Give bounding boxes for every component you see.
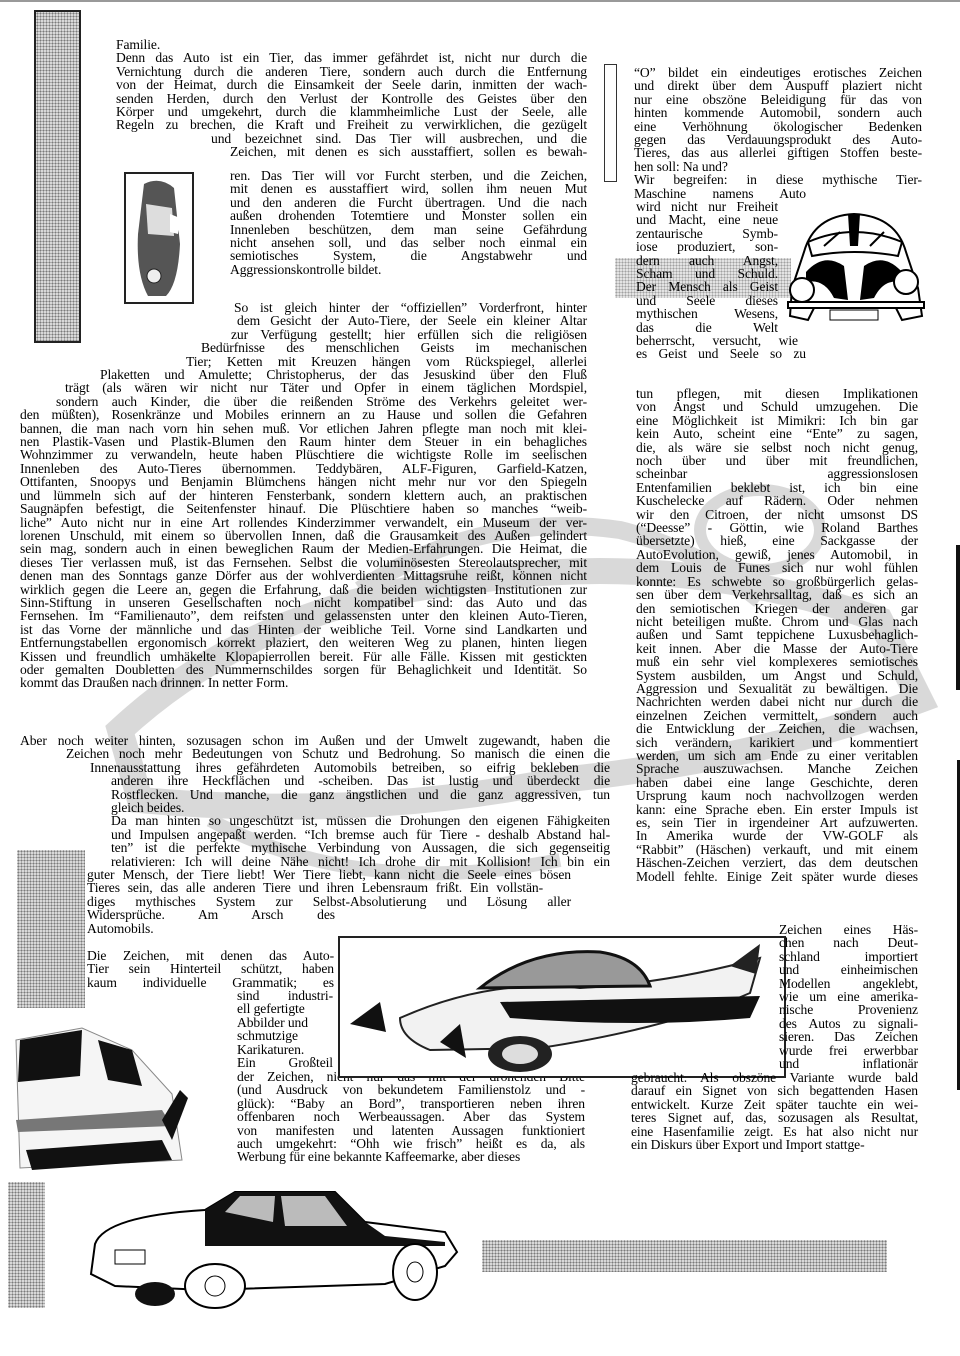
text-line: Nachrichten werden dabei nicht nur durch…	[636, 695, 918, 708]
text-line: scheinbar aggressionslosen	[636, 467, 918, 480]
car-photo-icon	[126, 174, 192, 302]
text-line: keit innen. Aber die Masse der Auto-Tier…	[636, 642, 918, 655]
text-line: ten” ist die perfekte mythische Verbindu…	[111, 841, 610, 854]
text-line: werden, um sich am Ende zu einer veritab…	[636, 749, 918, 762]
text-line: tun pflegen, mit diesen Implikationen	[636, 387, 918, 400]
halftone-bar-top-left	[34, 10, 81, 343]
text-line: nen Plastik-Vasen und Plastik-Blumen den…	[20, 435, 587, 448]
text-line: ell gefertigte	[237, 1002, 333, 1015]
text-line: Zeichen, mit denen es sich ausstaffiert,…	[230, 145, 587, 158]
text-line: Plaketten und Amulette; Christopherus, d…	[100, 368, 587, 381]
text-line: Modellen angeklebt,	[779, 977, 918, 990]
text-line: gebraucht. Als obszöne Variante wurde ba…	[631, 1071, 918, 1084]
text-line: anderen ihre Heckflächen und -scheiben. …	[111, 774, 610, 787]
text-line: semiotisches System, die Angstabwehr und	[230, 249, 587, 262]
text-line: kann: eine Sprache eben. Ein erster Impu…	[636, 803, 918, 816]
text-line: bannen, die man nach vorn hin sehen muß.…	[20, 422, 587, 435]
text-line: teres Signet auf, das, sozusagen als Res…	[631, 1111, 918, 1124]
text-line: von Angst und Schuld umzugehen. Die	[636, 400, 918, 413]
text-line: kommt das Draußen nach drinnen. In nette…	[20, 676, 587, 689]
text-line: dem Louis de Funes sich nur wohl fühlen	[636, 561, 918, 574]
text-line: Kuschelecke auf Rädern. Oder nehmen	[636, 494, 918, 507]
text-line: oder gemalten Doubletten des Nummernschi…	[20, 663, 587, 676]
scan-edge-mark	[956, 545, 960, 690]
text-line: noch über und über mit freundlichen,	[636, 454, 918, 467]
text-line: Karikaturen.	[237, 1043, 333, 1056]
text-line: Regeln zu brechen, die Kraft und Freihei…	[116, 118, 587, 131]
text-line: senden Herden, durch den Verlust der Kon…	[116, 92, 587, 105]
concept-car-icon	[340, 938, 784, 1076]
article-body-right-2: wird nicht nur Freiheit und Macht, eine …	[636, 200, 778, 361]
text-line: gegen das Verdauungsprodukt des Auto-	[634, 133, 922, 146]
text-line: wirklich gegen die Leere an, gegen die E…	[20, 583, 587, 596]
text-line: (und Ausdruck von bekundetem Familiensto…	[237, 1083, 585, 1096]
text-line: trägt (als wären wir nicht nur Täter und…	[65, 381, 587, 394]
article-body-right-3: tun pflegen, mit diesen Implikationen vo…	[636, 387, 918, 883]
text-line: eine Hasenfamilie zeigt. Es hat also nic…	[631, 1125, 918, 1138]
text-line: Wir begreifen: in diese mythische Tier-	[634, 173, 922, 186]
text-line: und direkt über dem Auspuff plaziert nic…	[634, 79, 922, 92]
text-line: denen man des Sonntags ganze Dörfer aus …	[20, 569, 587, 582]
scan-top-edge	[0, 0, 960, 2]
text-line: Häschen-Zeichen verziert, das dem deutsc…	[636, 856, 918, 869]
text-line: Tieres, das aus allerlei giftigen Stoffe…	[634, 146, 922, 159]
text-line: darauf ein Signet von sich begattenden H…	[631, 1084, 918, 1097]
vw-beetle-front-drawing	[784, 212, 932, 330]
text-line: offenbaren noch Werbeaussagen. Aber das …	[237, 1110, 585, 1123]
text-line: und inflationär	[779, 1057, 918, 1070]
text-line: Tier sein Hinterteil schützt, haben	[87, 962, 334, 975]
text-line: Familie.	[116, 38, 587, 51]
sedan-drawing	[85, 1186, 485, 1311]
text-line: System ausbilden, um Angst und Schuld,	[636, 669, 918, 682]
text-line: sein mag, sondern auch in einen beweglic…	[20, 542, 587, 555]
text-line: die, als wäre sie selbst noch nicht genu…	[636, 441, 918, 454]
text-line: Innenleben des Auto-Tieres übernommen. T…	[20, 462, 587, 475]
text-line: Entenfamilien beklebt ist, ich bin eine	[636, 481, 918, 494]
text-line: außen drohenden Totemtiere und Monster s…	[230, 209, 587, 222]
text-line: sich verändern, karikiert und kommentier…	[636, 736, 918, 749]
text-line: liche” Auto nicht nur in eine Art rollen…	[20, 516, 587, 529]
text-line: eine Verhöhnung ökologischer Bedenken	[634, 120, 922, 133]
text-line: muß ein sehr viel komplexeres semiotisch…	[636, 655, 918, 668]
text-line: Innenausstattung ihres gefährdeten Autom…	[90, 761, 610, 774]
text-line: sondern auch Kinder, die über die reißen…	[56, 395, 587, 408]
article-body-right-5: gebraucht. Als obszöne Variante wurde ba…	[631, 1071, 918, 1151]
article-body-left-7: sind industri- ell gefertigte Abbilder u…	[237, 989, 333, 1069]
text-line: gleich beides.	[111, 801, 610, 814]
text-line: nicht beteiligen mußte. Chrom und Glas n…	[636, 615, 918, 628]
article-body-left-4: Aber noch weiter hinten, sozusagen schon…	[20, 734, 610, 868]
text-line: wurde frei erwerbbar	[779, 1044, 918, 1057]
text-line: Die Zeichen, mit denen das Auto-	[87, 949, 334, 962]
text-line: In Amerika wurde der VW-GOLF als	[636, 829, 918, 842]
concept-car-photo	[338, 936, 786, 1078]
article-body-left-2: ren. Das Tier will vor Furcht sterben, u…	[230, 169, 587, 276]
text-line: zur Verfügung gestellt; hier erfüllen si…	[231, 328, 587, 341]
text-line: wird nicht nur Freiheit	[636, 200, 778, 213]
article-body-right-1: “O” bildet ein eindeutiges erotisches Ze…	[634, 66, 922, 200]
article-body-left-8: der Zeichen, nicht nur das mit der drohe…	[237, 1070, 585, 1164]
text-line: So ist gleich hinter der “offiziellen” V…	[234, 301, 587, 314]
text-line: wie um eine amerika-	[779, 990, 918, 1003]
text-line: schmutzige	[237, 1029, 333, 1042]
text-line: und bezeichnet sind. Das Tier will ausbr…	[211, 132, 587, 145]
text-line: des Autos zu signali-	[779, 1017, 918, 1030]
text-line: Der Mensch als Geist	[636, 280, 778, 293]
text-line: glück): “Baby an Bord”, transportieren n…	[237, 1097, 585, 1110]
column-rule-box	[604, 64, 617, 182]
text-line: und Impulsen angepaßt werden. “Ich brems…	[111, 828, 610, 841]
text-line: Saugnäpfen befestigt, die Seitenfenster …	[20, 502, 587, 515]
text-line: außen und Samt teppichene Luxusbehaglich…	[636, 628, 918, 641]
text-line: Innenleben beschützen, dem man seine Gef…	[230, 223, 587, 236]
article-body-left-1: Familie. Denn das Auto ist ein Tier, das…	[116, 38, 587, 159]
text-line: Modell fehlte. Einige Zeit später wurde …	[636, 870, 918, 883]
text-line: Automobils.	[87, 922, 591, 935]
text-line: mythischen Wesens,	[636, 307, 778, 320]
text-line: dern auch Angst,	[636, 254, 778, 267]
text-line: Tier; Ketten mit Kreuzen hängen vom Rück…	[186, 355, 587, 368]
text-line: haben dabei eine lange Geschichte, deren	[636, 776, 918, 789]
text-line: “Rabbit” (Häschen) verkauft, und mit ein…	[636, 843, 918, 856]
text-line: und Seele dieses	[636, 294, 778, 307]
text-line: nicht ansehen soll, und das selber noch …	[230, 236, 587, 249]
text-line: Scham und Schuld.	[636, 267, 778, 280]
text-line: Aggressionskontrolle bildet.	[230, 263, 587, 276]
text-line: und den anderen die Furcht übertragen. U…	[230, 196, 587, 209]
text-line: ren. Das Tier will vor Furcht sterben, u…	[230, 169, 587, 182]
text-line: das die Welt	[636, 321, 778, 334]
halftone-bar-bottom-left	[8, 1182, 45, 1308]
text-line: Ottifanten, Snoopys und Benjamin Blümche…	[20, 475, 587, 488]
text-line: konnte: Es schwebte so großbürgerlich ge…	[636, 575, 918, 588]
text-line: hinten kommende Automobil, sondern auch	[634, 106, 922, 119]
text-line: Rostflecken. Und manche, die ganz ängstl…	[111, 788, 610, 801]
text-line: Bedürfnisse des menschlichen Geists im m…	[201, 341, 587, 354]
text-line: es Geist und Seele so zu	[636, 347, 806, 360]
text-line: auch umgekehrt: “Ohh wie frisch” heißt e…	[237, 1137, 585, 1150]
text-line: und Macht, eine neue	[636, 213, 778, 226]
text-line: eine Möglichkeit ist Mimikri: Ich bin ga…	[636, 414, 918, 427]
text-line: Entfernungstabellen ergonomisch korrekt …	[20, 636, 587, 649]
text-line: diges mythisches System zur Selbst-Absol…	[87, 895, 571, 908]
text-line: iose produziert, son-	[636, 240, 778, 253]
text-line: Ein Großteil	[237, 1056, 333, 1069]
text-line: sind industri-	[237, 989, 333, 1002]
text-line: Sprache auszuwachsen. Manche Zeichen	[636, 762, 918, 775]
text-line: übersetzte) hieß, eine Sackgasse der	[636, 534, 918, 547]
text-line: nische Provenienz	[779, 1003, 918, 1016]
text-line: mit denen es ausstaffiert wird, sollen i…	[230, 182, 587, 195]
text-line: Kissen und freundlich umhäkelte Klopapie…	[20, 650, 587, 663]
text-line: kein Auto, scheint eine “Ente” zu sagen,	[636, 427, 918, 440]
text-line: ist das Vorne der männliche und das Hint…	[20, 623, 587, 636]
article-body-right-4: Zeichen eines Häs- chen nach Deut- schla…	[779, 923, 918, 1070]
text-line: guter Mensch, der Tiere liebt! Wer Tiere…	[87, 868, 571, 881]
text-line: Fernsehen. Im “Familienauto”, dem reifst…	[20, 609, 587, 622]
text-line: sen über dem Verkehrsalltag, daß es sich…	[636, 588, 918, 601]
text-line: hen soll: Na und?	[634, 160, 922, 173]
text-line: Abbilder und	[237, 1016, 333, 1029]
text-line: “O” bildet ein eindeutiges erotisches Ze…	[634, 66, 922, 79]
text-line: Aber noch weiter hinten, sozusagen schon…	[20, 734, 610, 747]
text-line: Zeichen noch mehr Bedeutungen von Schutz…	[66, 747, 610, 760]
text-line: Vernichtung durch die anderen Tiere, son…	[116, 65, 587, 78]
text-line: lorenen Unschuld, mit einem so übervolle…	[20, 529, 587, 542]
text-line: es, sein Tier in irgendeiner Art aufzuwe…	[636, 816, 918, 829]
text-line: schland importiert	[779, 950, 918, 963]
text-line: von manifesten und latenten Aussagen fun…	[237, 1124, 585, 1137]
text-line: Aggression und Sexualität zu bewältigen.…	[636, 682, 918, 695]
text-line: Werbung für eine bekannte Kaffeemarke, a…	[237, 1150, 585, 1163]
text-line: dem Gesicht der Auto-Tiere, der Seele ei…	[237, 314, 587, 327]
text-line: chen nach Deut-	[779, 936, 918, 949]
text-line: zentaurische Symb-	[636, 227, 778, 240]
text-line: (“Deesse” - Göttin, wie Roland Barthes	[636, 521, 918, 534]
text-line: Körper und umgekehrt, durch die klammhei…	[116, 105, 587, 118]
article-body-left-3: So ist gleich hinter der “offiziellen” V…	[20, 301, 587, 690]
halftone-bar-bottom-right	[482, 1240, 887, 1272]
car-front-vertical-photo	[124, 172, 194, 304]
text-line: den semiotischen Kriegen der anderen gar	[636, 602, 918, 615]
text-line: ein Diskurs über Export und Import statt…	[631, 1138, 918, 1151]
text-line: Tieres sein, das alle anderen Tiere und …	[87, 881, 543, 894]
text-line: und einheimischen	[779, 963, 918, 976]
text-line: Wohnzimmer zu verwandeln, heute haben Pl…	[20, 448, 587, 461]
text-line: Zeichen eines Häs-	[779, 923, 918, 936]
text-line: sieren. Das Zeichen	[779, 1030, 918, 1043]
text-line: beherrscht, versucht, wie	[636, 334, 798, 347]
text-line: dieses Tier verlassen muß, ist das Ferns…	[20, 556, 587, 569]
text-line: wir den Citroen, der nicht umsonst DS	[636, 508, 918, 521]
text-line: von der Heimat, durch die Einsamkeit der…	[116, 78, 587, 91]
text-line: die Entwicklung der Zeichen, die wachsen…	[636, 722, 918, 735]
car-rear-photo	[12, 1010, 190, 1186]
halftone-bar-mid-left	[17, 850, 85, 1008]
text-line: und lümmeln sich auf der hinteren Fenste…	[20, 489, 587, 502]
text-line: entwickelt. Kurze Zeit später tauchte ei…	[631, 1098, 918, 1111]
article-body-left-5: guter Mensch, der Tiere liebt! Wer Tiere…	[87, 868, 591, 935]
text-line: Widersprüche. Am Arsch des	[87, 908, 335, 921]
text-line: einzelnen Zeichen vermittelt, sondern au…	[636, 709, 918, 722]
text-line: Da man hinten so ungeschützt ist, müssen…	[111, 814, 610, 827]
text-line: AutoEvolution, gewiß, jenes Automobil, i…	[636, 548, 918, 561]
text-line: Ursprung kaum noch nachvollzogen werden	[636, 789, 918, 802]
article-body-left-6: Die Zeichen, mit denen das Auto- Tier se…	[87, 949, 334, 989]
text-line: Sinn-Stiftung in unseren Gesellschaften …	[20, 596, 587, 609]
text-line: Denn das Auto ist ein Tier, das immer ge…	[116, 51, 587, 64]
text-line: den müßten), Rosenkränze und Mobiles eri…	[20, 408, 587, 421]
text-line: nur eine obszöne Beleidigung für das von	[634, 93, 922, 106]
